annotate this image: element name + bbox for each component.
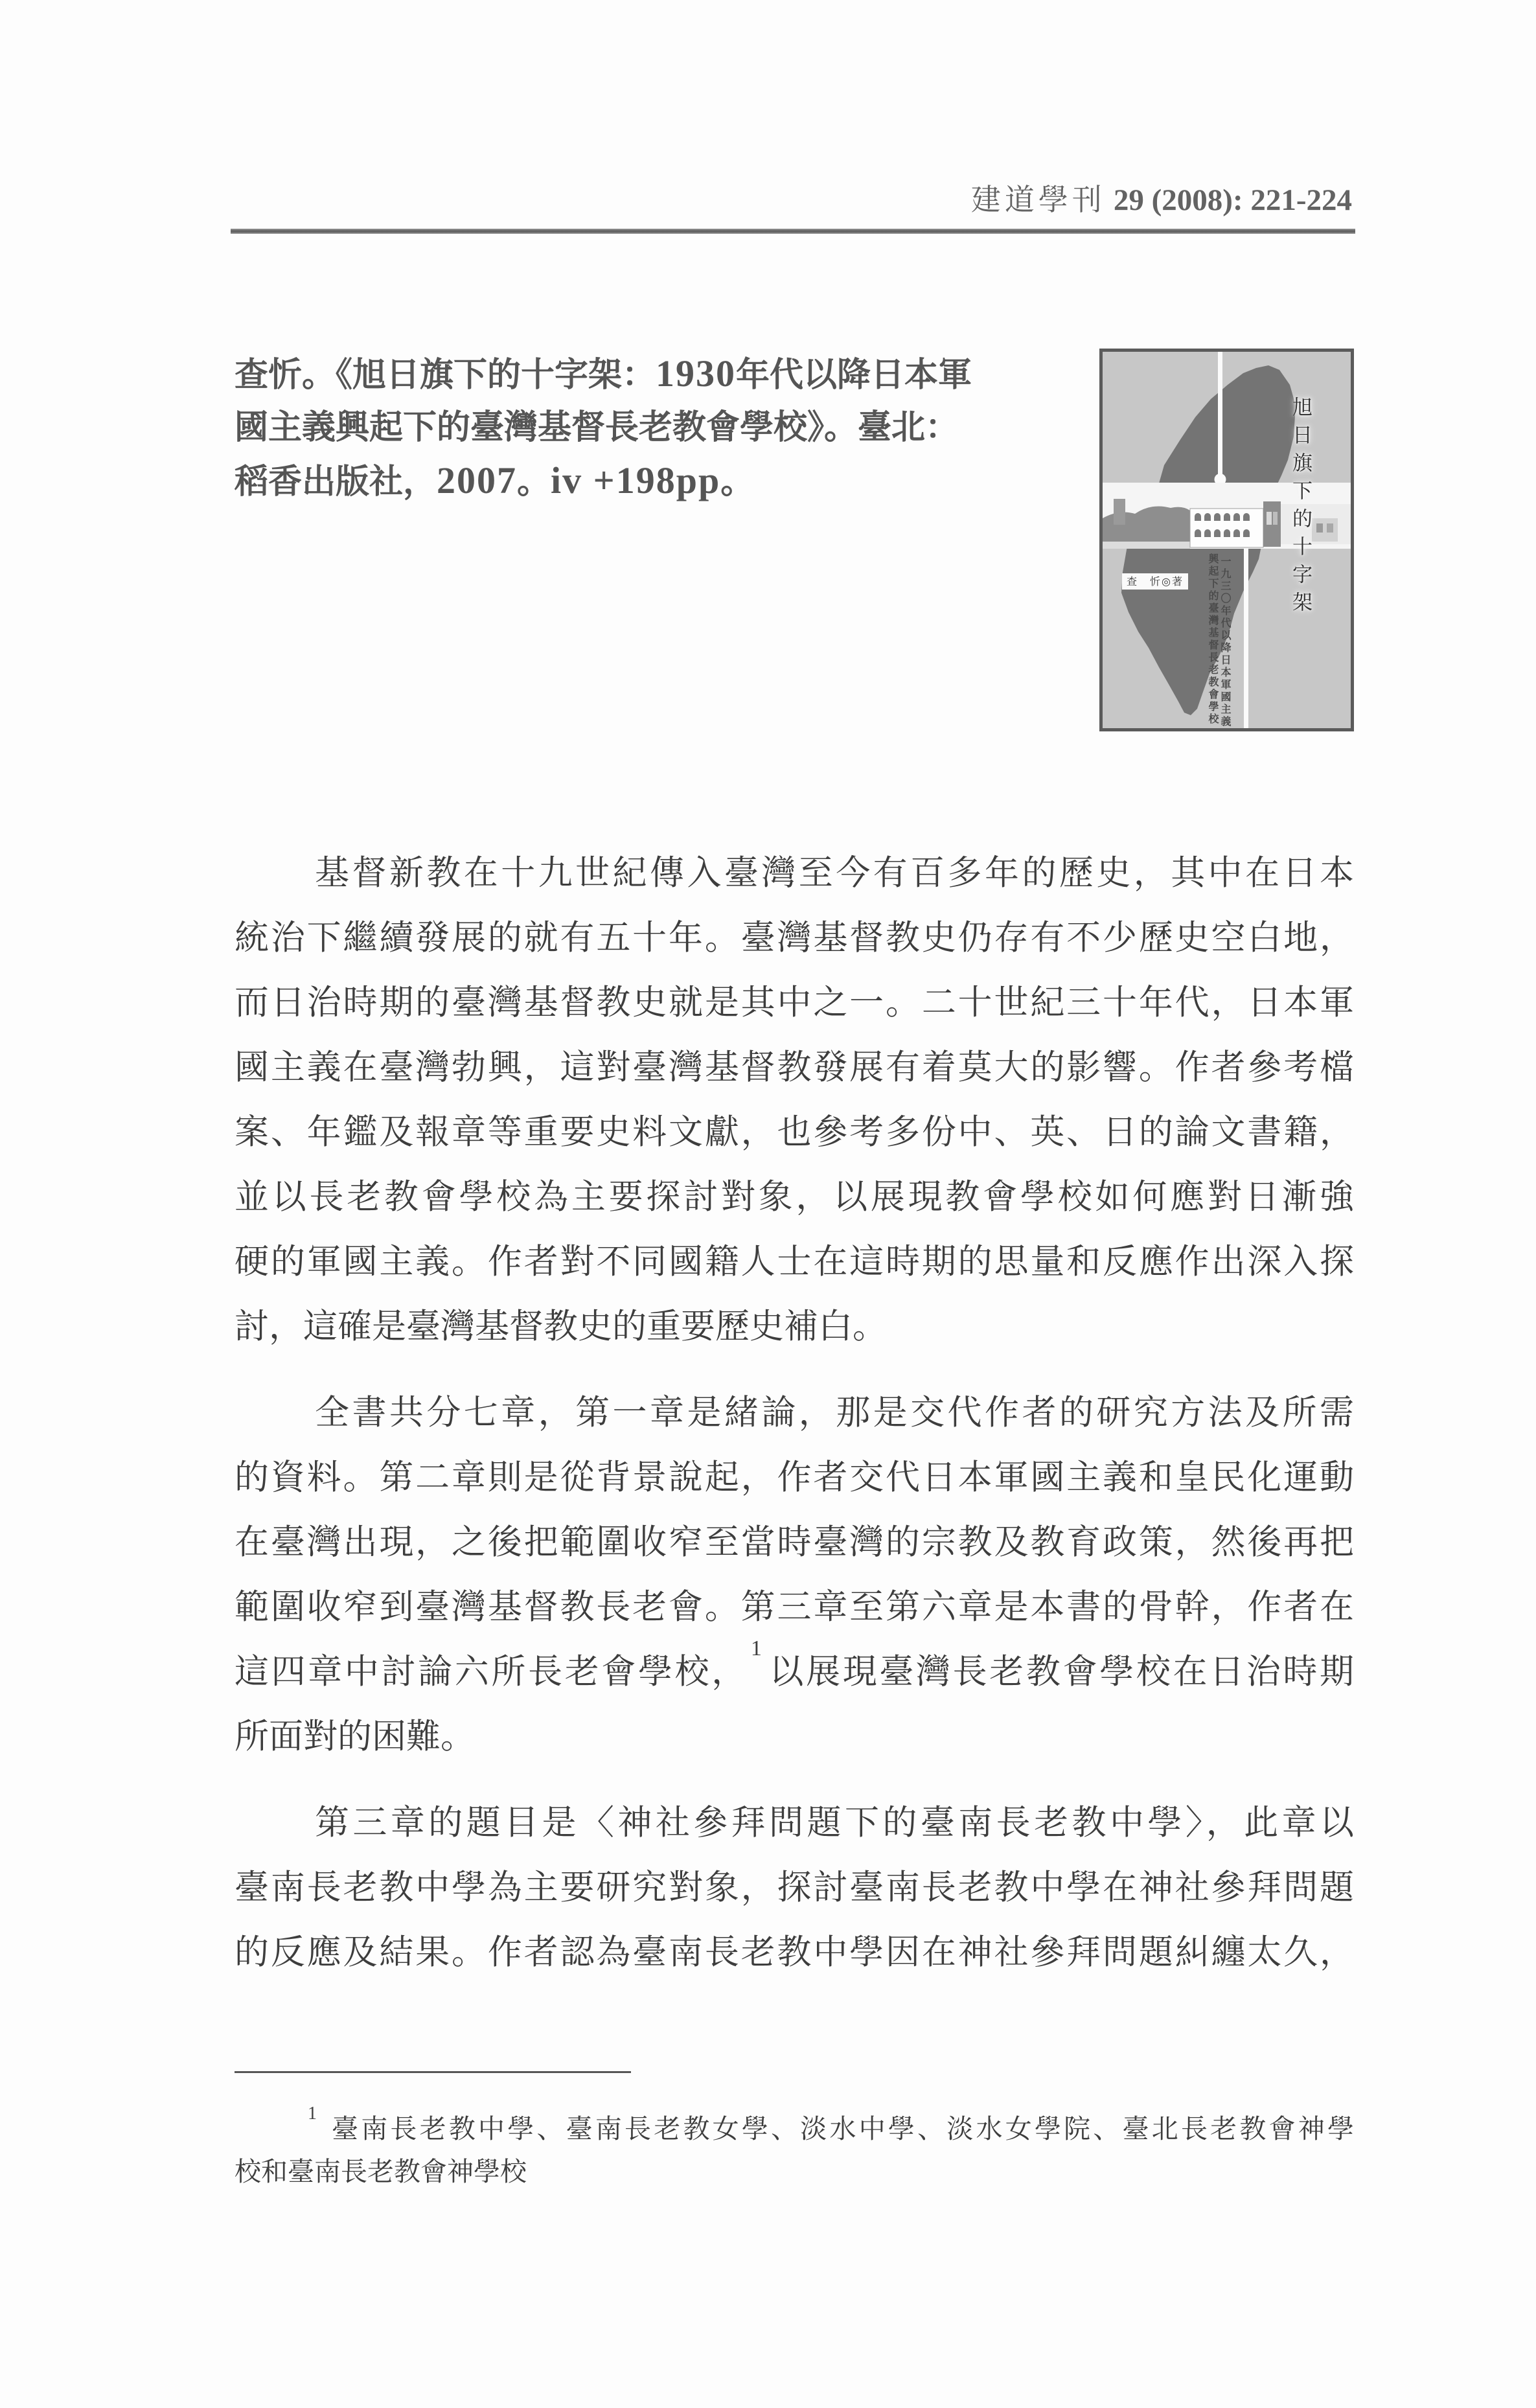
cover-author-label: 查 忻◎著 bbox=[1122, 573, 1188, 590]
heading-line-1: 查忻。《旭日旗下的十字架：1930年代以降日本軍 bbox=[235, 347, 972, 401]
text-line: 統治下繼續發展的就有五十年。臺灣基督教史仍存有不少歷史空白地， bbox=[235, 906, 1354, 970]
heading-text: 。 bbox=[720, 463, 754, 501]
heading-text: 。 bbox=[517, 463, 551, 501]
text-line: 第三章的題目是〈神社參拜問題下的臺南長老教中學〉，此章以 bbox=[235, 1791, 1354, 1855]
review-heading: 查忻。《旭日旗下的十字架：1930年代以降日本軍 國主義興起下的臺灣基督長老教會… bbox=[235, 347, 972, 508]
footnote-marker: 1 bbox=[308, 2105, 317, 2123]
text-line: 討，這確是臺灣基督教史的重要歷史補白。 bbox=[235, 1294, 1354, 1359]
text-line: 範圍收窄到臺灣基督教長老會。第三章至第六章是本書的骨幹，作者在 bbox=[235, 1575, 1354, 1640]
text-line: 而日治時期的臺灣基督教史就是其中之一。二十世紀三十年代，日本軍 bbox=[235, 970, 1354, 1035]
text-line: 這四章中討論六所長老會學校，1以展現臺灣長老教會學校在日治時期 bbox=[235, 1640, 1354, 1704]
text-segment: 以展現臺灣長老教會學校在日治時期 bbox=[767, 1652, 1354, 1691]
heading-text: 國主義興起下的臺灣基督長老教會學校》。臺北： bbox=[235, 408, 959, 447]
journal-citation: 29 (2008): 221-224 bbox=[1114, 183, 1352, 217]
text-line: 的反應及結果。作者認為臺南長老教中學因在神社參拜問題糾纏太久， bbox=[235, 1920, 1354, 1985]
footnote-reference[interactable]: 1 bbox=[751, 1636, 762, 1660]
cover-title: 旭日旗下的十字架 bbox=[1289, 396, 1311, 619]
text-line: 並以長老教會學校為主要探討對象，以展現教會學校如何應對日漸強 bbox=[235, 1165, 1354, 1230]
paragraph: 第三章的題目是〈神社參拜問題下的臺南長老教中學〉，此章以 臺南長老教中學為主要研… bbox=[235, 1791, 1354, 1985]
text-line: 案、年鑑及報章等重要史料文獻，也參考多份中、英、日的論文書籍， bbox=[235, 1100, 1354, 1165]
text-line: 所面對的困難。 bbox=[235, 1704, 1354, 1769]
heading-line-2: 國主義興起下的臺灣基督長老教會學校》。臺北： bbox=[235, 401, 972, 455]
text-segment: 這四章中討論六所長老會學校， bbox=[235, 1652, 748, 1691]
school-photo-band bbox=[1103, 483, 1351, 549]
publisher: 稻香出版社， bbox=[235, 463, 437, 501]
text-line: 全書共分七章，第一章是緒論，那是交代作者的研究方法及所需 bbox=[235, 1381, 1354, 1445]
journal-name: 建道學刊 bbox=[971, 182, 1106, 217]
heading-text: 年代以降日本軍 bbox=[736, 356, 972, 395]
journal-page: 建道學刊29 (2008): 221-224 查忻。《旭日旗下的十字架：1930… bbox=[0, 0, 1536, 2408]
heading-text: 查忻。《旭日旗下的十字架： bbox=[235, 356, 656, 395]
text-line: 國主義在臺灣勃興，這對臺灣基督教發展有着莫大的影響。作者參考檔 bbox=[235, 1035, 1354, 1100]
paragraph: 基督新教在十九世紀傳入臺灣至今有百多年的歷史，其中在日本 統治下繼續發展的就有五… bbox=[235, 841, 1354, 1359]
text-line: 臺南長老教中學為主要研究對象，探討臺南長老教中學在神社參拜問題 bbox=[235, 1855, 1354, 1920]
footnote-line: 校和臺南長老教會神學校 bbox=[235, 2150, 1354, 2193]
book-cover-image: 旭日旗下的十字架 一九三〇年代以降日本軍國主義 興起下的臺灣基督長老教會學校 查… bbox=[1099, 349, 1354, 731]
heading-year-range: 1930 bbox=[656, 352, 736, 395]
paragraph: 全書共分七章，第一章是緒論，那是交代作者的研究方法及所需 的資料。第二章則是從背… bbox=[235, 1381, 1354, 1769]
text-line: 在臺灣出現，之後把範圍收窄至當時臺灣的宗教及教育政策，然後再把 bbox=[235, 1510, 1354, 1575]
footnote: 1臺南長老教中學、臺南長老教女學、淡水中學、淡水女學院、臺北長老教會神學 校和臺… bbox=[235, 2107, 1354, 2193]
cover-subtitle-column-1: 一九三〇年代以降日本軍國主義 bbox=[1219, 556, 1231, 728]
text-line: 硬的軍國主義。作者對不同國籍人士在這時期的思量和反應作出深入探 bbox=[235, 1230, 1354, 1294]
footnote-line: 1臺南長老教中學、臺南長老教女學、淡水中學、淡水女學院、臺北長老教會神學 bbox=[235, 2107, 1354, 2150]
heading-line-3: 稻香出版社，2007。iv +198pp。 bbox=[235, 454, 972, 508]
running-head: 建道學刊29 (2008): 221-224 bbox=[971, 181, 1352, 218]
footnote-text: 臺南長老教中學、臺南長老教女學、淡水中學、淡水女學院、臺北長老教會神學 bbox=[332, 2113, 1354, 2144]
footnote-separator bbox=[235, 2071, 631, 2073]
publication-year: 2007 bbox=[437, 459, 517, 501]
text-line: 的資料。第二章則是從背景說起，作者交代日本軍國主義和皇民化運動 bbox=[235, 1445, 1354, 1510]
text-line: 基督新教在十九世紀傳入臺灣至今有百多年的歷史，其中在日本 bbox=[235, 841, 1354, 906]
header-rule bbox=[231, 229, 1355, 234]
page-count: iv +198pp bbox=[551, 459, 720, 501]
cover-subtitle-column-2: 興起下的臺灣基督長老教會學校 bbox=[1207, 553, 1219, 726]
